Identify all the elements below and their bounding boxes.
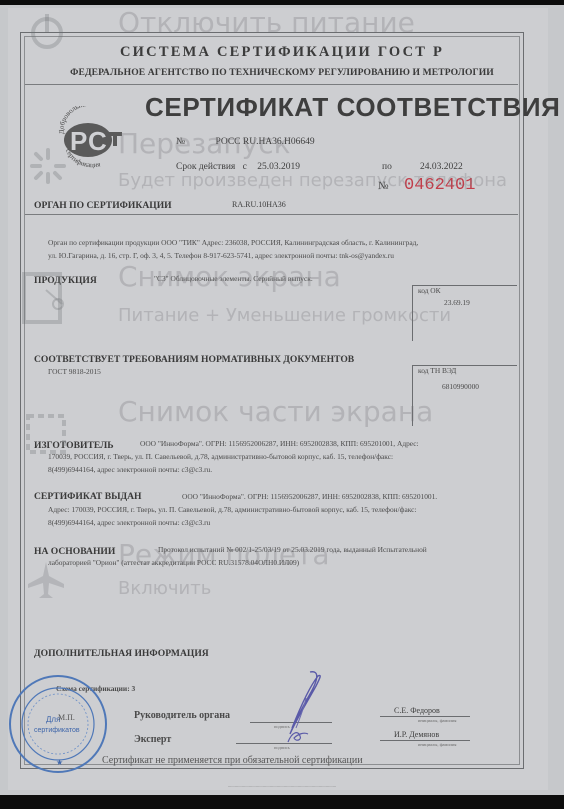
navigation-bar: [0, 795, 564, 809]
certification-body-code: RA.RU.10НА36: [232, 200, 286, 209]
svg-text:С: С: [88, 126, 107, 156]
svg-text:сертификатов: сертификатов: [34, 727, 80, 734]
certification-stamp: Для сертификатов ★: [6, 672, 110, 776]
partial-screenshot-icon[interactable]: [24, 412, 68, 461]
expert-signature-caption: подпись: [274, 745, 290, 750]
header-divider: [25, 84, 518, 85]
footer-printer-info: ........................................…: [0, 784, 564, 788]
airplane-icon[interactable]: [26, 560, 66, 605]
expert-signature-line: [236, 743, 332, 744]
expert-name-caption: инициалы, фамилия: [418, 742, 457, 747]
expert-name: И.Р. Демянов: [394, 730, 439, 739]
ok-code-label: код ОК: [418, 284, 441, 298]
expert-name-line: [380, 740, 470, 741]
certificate-title: СЕРТИФИКАТ СООТВЕТСТВИЯ: [145, 92, 560, 123]
airplane-mode-label[interactable]: Режим полета: [118, 538, 330, 571]
tnved-label: код ТН ВЭД: [418, 364, 456, 378]
restart-icon[interactable]: [28, 146, 68, 191]
conforms-label: СООТВЕТСТВУЕТ ТРЕБОВАНИЯМ НОРМАТИВНЫХ ДО…: [34, 354, 354, 365]
restart-label[interactable]: Перезапуск: [118, 127, 291, 160]
power-icon[interactable]: [27, 12, 67, 57]
manufacturer-line1: ООО "ИнноФорма". ОГРН: 1156952006287, ИН…: [140, 437, 419, 451]
expert-signature: [286, 728, 310, 744]
standard: ГОСТ 9818-2015: [48, 365, 101, 379]
svg-text:★: ★: [56, 758, 63, 767]
manufacturer-line2: 170039, РОССИЯ, г. Тверь, ул. П. Савелье…: [48, 450, 393, 464]
additional-info-label: ДОПОЛНИТЕЛЬНАЯ ИНФОРМАЦИЯ: [34, 648, 209, 659]
head-name-caption: инициалы, фамилия: [418, 718, 457, 723]
svg-text:Р: Р: [70, 126, 87, 156]
issued-line3: 8(499)6944164, адрес электронной почты: …: [48, 516, 210, 530]
tnved-code: 6810990000: [442, 380, 479, 394]
issued-label: СЕРТИФИКАТ ВЫДАН: [34, 491, 142, 502]
head-name-line: [380, 716, 470, 717]
power-off-label[interactable]: Отключить питание: [118, 6, 415, 39]
body-divider: [25, 214, 518, 215]
manufacturer-line3: 8(499)6944164, адрес электронной почты: …: [48, 463, 212, 477]
stamp-place-mark: М.П.: [58, 713, 75, 722]
footer-note: Сертификат не применяется при обязательн…: [102, 755, 363, 766]
screenshot-label[interactable]: Снимок экрана: [118, 260, 341, 293]
expert-label: Эксперт: [134, 734, 171, 745]
head-name: С.Е. Федоров: [394, 706, 440, 715]
partial-screenshot-label[interactable]: Снимок части экрана: [118, 395, 433, 428]
screenshot-icon[interactable]: [22, 270, 68, 331]
head-label: Руководитель органа: [134, 710, 230, 721]
airplane-mode-sublabel: Включить: [118, 578, 211, 599]
restart-sublabel: Будет произведен перезапуск телефона: [118, 170, 507, 191]
body-text-line1: Орган по сертификации продукции ООО "ТИК…: [48, 236, 418, 250]
issued-line2: Адрес: 170039, РОССИЯ, г. Тверь, ул. П. …: [48, 503, 416, 517]
certification-body-label: ОРГАН ПО СЕРТИФИКАЦИИ: [34, 200, 172, 211]
system-title: СИСТЕМА СЕРТИФИКАЦИИ ГОСТ Р: [0, 44, 564, 61]
issued-line1: ООО "ИнноФорма". ОГРН: 1156952006287, ИН…: [182, 490, 437, 504]
screenshot-sublabel: Питание + Уменьшение громкости: [118, 305, 451, 326]
agency-title: ФЕДЕРАЛЬНОЕ АГЕНТСТВО ПО ТЕХНИЧЕСКОМУ РЕ…: [0, 67, 564, 78]
